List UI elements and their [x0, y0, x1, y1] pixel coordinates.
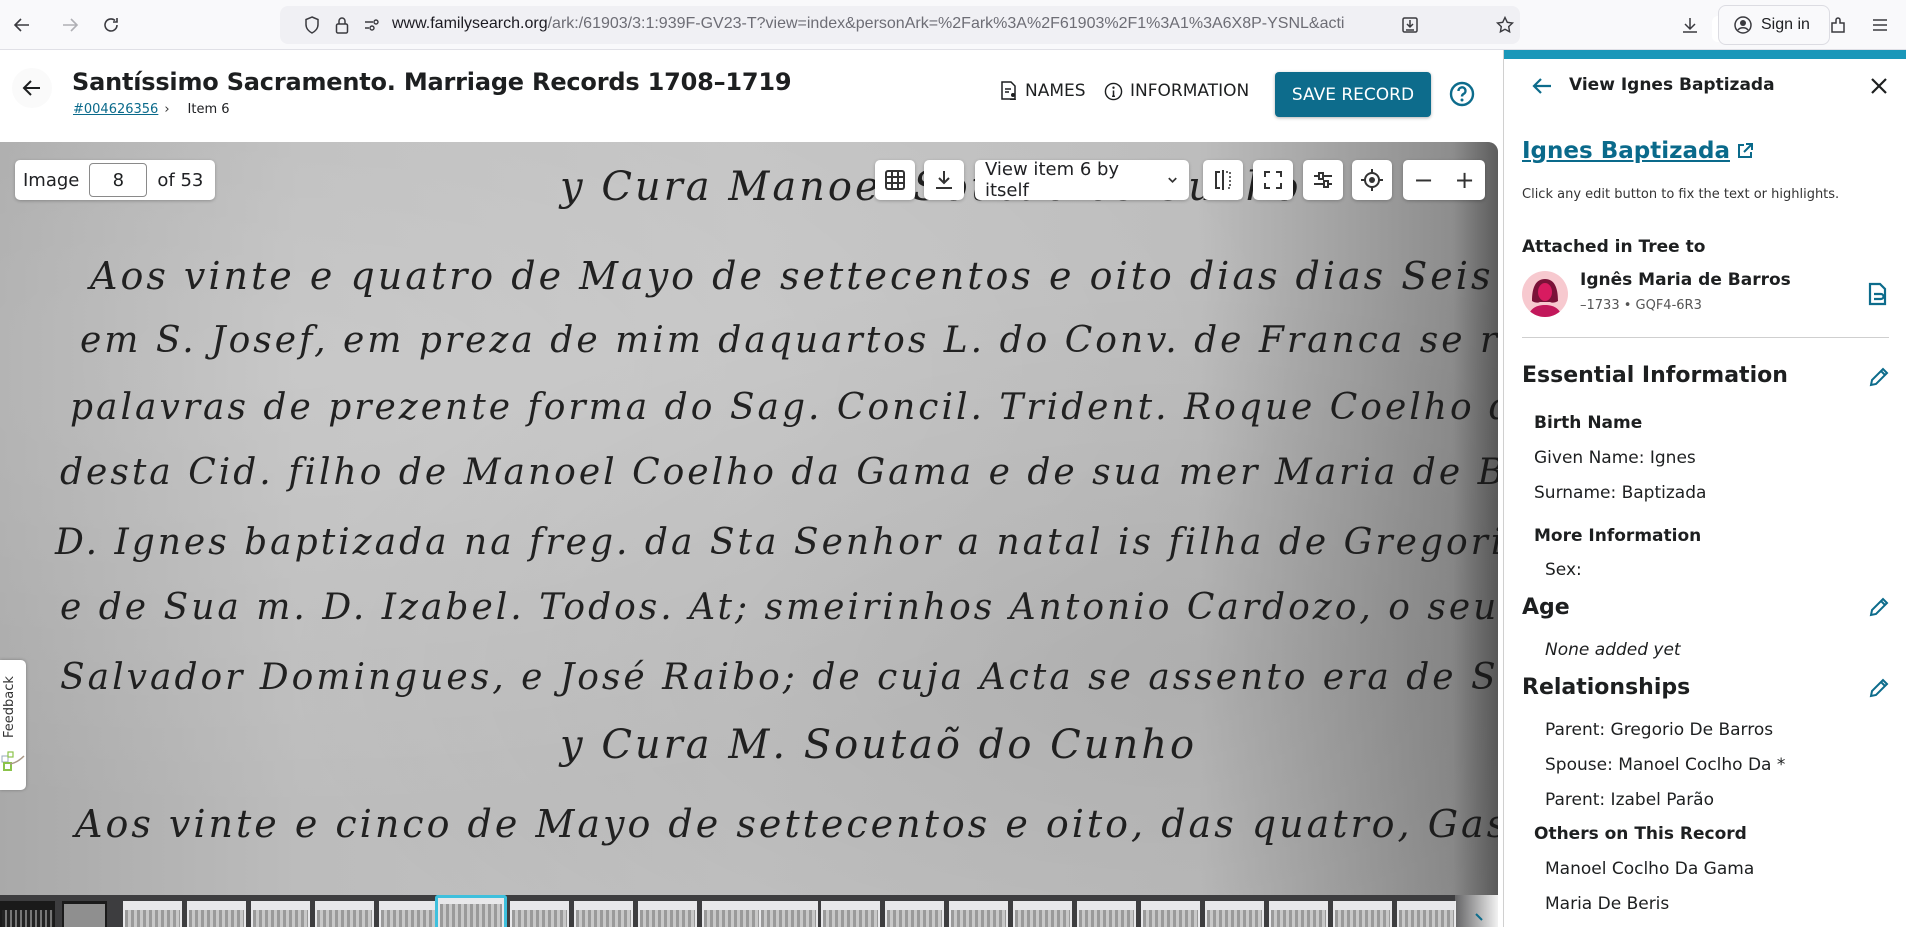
sex-field: Sex:: [1545, 560, 1582, 580]
download-image-button[interactable]: [924, 160, 964, 200]
avatar: [1522, 271, 1568, 317]
manuscript-line: em S. Josef, em preza de mim daquartos L…: [80, 320, 1498, 361]
grid-view-button[interactable]: [875, 160, 915, 200]
filmstrip-thumb[interactable]: [1269, 901, 1328, 927]
feedback-logo-icon: [0, 750, 26, 780]
filmstrip-thumb[interactable]: [379, 901, 438, 927]
zoom-out-button[interactable]: −: [1413, 166, 1433, 194]
tree-person-card[interactable]: Ignês Maria de Barros –1733 • GQF4-6R3: [1522, 268, 1892, 324]
filmstrip-thumb[interactable]: [123, 901, 182, 927]
record-image-viewer[interactable]: y Cura Manoel Soutaõ os Cunho Aos vinte …: [0, 142, 1498, 895]
names-label: NAMES: [1025, 81, 1086, 101]
panel-header: View Ignes Baptizada: [1504, 59, 1906, 115]
relationship-item: Parent: Izabel Parão: [1545, 790, 1714, 810]
image-label: Image: [23, 170, 79, 191]
manuscript-line: palavras de prezente forma do Sag. Conci…: [70, 387, 1498, 428]
zoom-controls: − +: [1403, 160, 1485, 200]
other-person-item: Manoel Coclho Da Gama: [1545, 859, 1754, 879]
image-filmstrip[interactable]: [0, 895, 1498, 927]
account-icon: [1733, 15, 1753, 35]
reload-icon: [101, 15, 121, 35]
filmstrip-thumb[interactable]: [187, 901, 246, 927]
sign-in-button[interactable]: Sign in: [1718, 5, 1830, 45]
manuscript-line: y Cura M. Soutaõ do Cunho: [560, 722, 1498, 768]
feedback-label: Feedback: [2, 676, 17, 738]
browser-forward-button[interactable]: [56, 11, 84, 39]
filmstrip-thumb[interactable]: [949, 901, 1008, 927]
filmstrip-thumb[interactable]: [638, 901, 697, 927]
filmstrip-thumb[interactable]: [1013, 901, 1072, 927]
manuscript-line: desta Cid. filho de Manoel Coelho da Gam…: [60, 452, 1498, 493]
filmstrip-thumb[interactable]: [1397, 901, 1456, 927]
help-icon[interactable]: [1449, 81, 1475, 107]
target-icon: [1360, 168, 1384, 192]
chevron-right-icon: [1473, 913, 1485, 927]
save-record-button[interactable]: SAVE RECORD: [1275, 72, 1431, 117]
breadcrumb-item: Item 6: [188, 102, 230, 117]
essential-info-heading: Essential Information: [1522, 363, 1788, 388]
relationships-heading: Relationships: [1522, 675, 1690, 700]
browser-toolbar: www.familysearch.org/ark:/61903/3:1:939F…: [0, 0, 1906, 50]
relationship-item: Spouse: Manoel Coclho Da *: [1545, 755, 1785, 775]
breadcrumb-film-link[interactable]: #004626356: [73, 102, 158, 117]
image-counter: Image of 53: [15, 160, 215, 200]
panel-title: View Ignes Baptizada: [1569, 75, 1775, 95]
attached-in-tree-label: Attached in Tree to: [1522, 237, 1705, 257]
bookmark-star-icon[interactable]: [1495, 15, 1515, 35]
filmstrip-thumb-active[interactable]: [435, 895, 507, 927]
filmstrip-thumb[interactable]: [821, 901, 880, 927]
lock-icon[interactable]: [332, 15, 352, 35]
divider: [1522, 337, 1889, 338]
person-name-link[interactable]: Ignes Baptizada: [1522, 138, 1754, 164]
manuscript-line: Aos vinte e cinco de Mayo de settecentos…: [75, 802, 1498, 846]
zoom-in-button[interactable]: +: [1454, 166, 1474, 194]
url-domain: www.familysearch.org: [392, 15, 548, 32]
split-view-icon: [1211, 168, 1235, 192]
filmstrip-next-button[interactable]: [1455, 895, 1498, 927]
info-icon: [1104, 82, 1123, 101]
extensions-icon[interactable]: [1828, 15, 1848, 35]
image-total: of 53: [157, 170, 203, 191]
image-number-input[interactable]: [89, 163, 147, 197]
back-arrow-icon: [12, 15, 32, 35]
filmstrip-thumb[interactable]: [510, 901, 569, 927]
surname-field: Surname: Baptizada: [1534, 483, 1706, 503]
filmstrip-thumb[interactable]: [1141, 901, 1200, 927]
others-on-record-heading: Others on This Record: [1534, 824, 1747, 844]
other-person-item: Maria De Beris: [1545, 894, 1669, 914]
information-button[interactable]: INFORMATION: [1104, 81, 1249, 101]
back-button[interactable]: [12, 68, 52, 108]
recenter-button[interactable]: [1352, 160, 1392, 200]
tree-person-meta: –1733 • GQF4-6R3: [1580, 298, 1702, 313]
record-header: Santíssimo Sacramento. Marriage Records …: [0, 50, 1503, 142]
feedback-tab[interactable]: Feedback: [0, 660, 26, 790]
filmstrip-thumb[interactable]: [1205, 901, 1264, 927]
filmstrip-thumb[interactable]: [315, 901, 374, 927]
more-info-heading: More Information: [1534, 526, 1701, 546]
filmstrip-thumb[interactable]: [759, 901, 818, 927]
filmstrip-thumb[interactable]: [885, 901, 944, 927]
address-bar[interactable]: www.familysearch.org/ark:/61903/3:1:939F…: [280, 6, 1520, 44]
edit-age-pencil-icon[interactable]: [1867, 595, 1891, 619]
manuscript-line: e de Sua m. D. Izabel. Todos. At; smeiri…: [60, 587, 1498, 628]
panel-accent-strip: [1504, 50, 1906, 59]
grid-icon: [883, 168, 907, 192]
manuscript-line: D. Ignes baptizada na freg. da Sta Senho…: [55, 522, 1498, 563]
edit-essential-pencil-icon[interactable]: [1867, 365, 1891, 389]
manuscript-image[interactable]: y Cura Manoel Soutaõ os Cunho Aos vinte …: [0, 142, 1498, 895]
filmstrip-thumb[interactable]: [62, 901, 107, 927]
information-label: INFORMATION: [1130, 81, 1249, 101]
image-adjust-button[interactable]: [1303, 160, 1343, 200]
fullscreen-button[interactable]: [1253, 160, 1293, 200]
browser-reload-button[interactable]: [97, 11, 125, 39]
sliders-icon: [1311, 168, 1335, 192]
names-document-icon: [1000, 81, 1018, 101]
menu-icon[interactable]: [1870, 15, 1890, 35]
external-link-icon: [1736, 142, 1754, 160]
given-name-field: Given Name: Ignes: [1534, 448, 1696, 468]
manuscript-line: Salvador Domingues, e José Raibo; de cuj…: [60, 657, 1498, 698]
age-heading: Age: [1522, 595, 1570, 620]
permissions-icon[interactable]: [362, 15, 382, 35]
age-value: None added yet: [1545, 640, 1681, 660]
breadcrumb-separator: ›: [164, 102, 169, 117]
save-page-icon[interactable]: [1400, 15, 1420, 35]
filmstrip-thumb[interactable]: [1077, 901, 1136, 927]
relationship-item: Parent: Gregorio De Barros: [1545, 720, 1773, 740]
person-name: Ignes Baptizada: [1522, 138, 1730, 164]
panel-back-icon[interactable]: [1529, 73, 1555, 99]
sign-in-label: Sign in: [1761, 16, 1810, 34]
breadcrumb: #004626356 › Item 6: [73, 102, 230, 117]
manuscript-line: Aos vinte e quatro de Mayo de settecento…: [90, 254, 1498, 298]
close-icon[interactable]: [1867, 74, 1891, 98]
url-text[interactable]: www.familysearch.org/ark:/61903/3:1:939F…: [392, 15, 1372, 33]
edit-relationships-pencil-icon[interactable]: [1867, 676, 1891, 700]
filmstrip-thumb[interactable]: [702, 901, 761, 927]
fullscreen-icon: [1261, 168, 1285, 192]
female-avatar-icon: [1522, 271, 1568, 317]
view-item-select[interactable]: View item 6 by itself: [975, 160, 1189, 200]
person-detail-panel: View Ignes Baptizada Ignes Baptizada Cli…: [1503, 50, 1906, 927]
forward-arrow-icon: [60, 15, 80, 35]
filmstrip-thumb[interactable]: [1333, 901, 1392, 927]
compare-split-button[interactable]: [1203, 160, 1243, 200]
tree-person-name[interactable]: Ignês Maria de Barros: [1580, 270, 1791, 290]
shield-icon[interactable]: [302, 15, 322, 35]
downloads-icon[interactable]: [1680, 15, 1700, 35]
page-title: Santíssimo Sacramento. Marriage Records …: [72, 68, 791, 96]
names-button[interactable]: NAMES: [1000, 81, 1086, 101]
edit-hint: Click any edit button to fix the text or…: [1522, 187, 1839, 202]
url-path: /ark:/61903/3:1:939F-GV23-T?view=index&p…: [548, 15, 1345, 32]
attached-record-icon[interactable]: [1865, 282, 1889, 306]
browser-back-button[interactable]: [8, 11, 36, 39]
filmstrip-thumb[interactable]: [574, 901, 633, 927]
birth-name-heading: Birth Name: [1534, 413, 1642, 433]
download-icon: [932, 168, 956, 192]
filmstrip-thumb[interactable]: [0, 901, 55, 927]
view-item-label: View item 6 by itself: [985, 159, 1156, 201]
filmstrip-thumb[interactable]: [251, 901, 310, 927]
back-arrow-icon: [21, 77, 43, 99]
chevron-down-icon: [1166, 173, 1179, 187]
